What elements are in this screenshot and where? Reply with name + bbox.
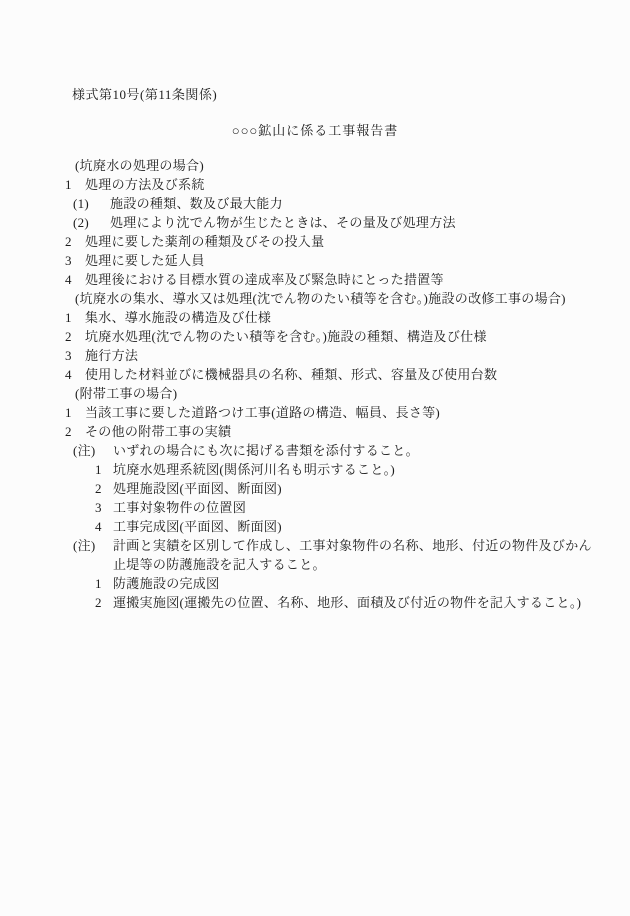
document-line: 2処理に要した薬剤の種類及びその投入量 [0,232,630,251]
document-body: (坑廃水の処理の場合)1処理の方法及び系統(1)施設の種類、数及び最大能力(2)… [0,156,630,612]
document-line: (注)いずれの場合にも次に掲げる書類を添付すること。 [0,441,630,460]
line-number: 4 [95,517,113,536]
line-text: 処理後における目標水質の達成率及び緊急時にとった措置等 [85,272,444,287]
document-line: 4処理後における目標水質の達成率及び緊急時にとった措置等 [0,270,630,289]
line-number: 2 [95,593,113,612]
document-line: (1)施設の種類、数及び最大能力 [0,194,630,213]
line-text: その他の附帯工事の実績 [85,424,231,439]
document-line: 1集水、導水施設の構造及び仕様 [0,308,630,327]
line-number: 4 [65,270,85,289]
document-line: (注)計画と実績を区別して作成し、工事対象物件の名称、地形、付近の物件及びかん [0,536,630,555]
line-text: 防護施設の完成図 [113,576,219,591]
document-line: 3施行方法 [0,346,630,365]
document-line: 止堤等の防護施設を記入すること。 [0,555,630,574]
line-number: 1 [65,308,85,327]
document-line: 3工事対象物件の位置図 [0,498,630,517]
line-number: 2 [65,232,85,251]
line-number: 3 [95,498,113,517]
document-line: 4使用した材料並びに機械器具の名称、種類、形式、容量及び使用台数 [0,365,630,384]
line-text: 処理に要した延人員 [85,253,205,268]
document-line: (坑廃水の処理の場合) [0,156,630,175]
document-line: 2坑廃水処理(沈でん物のたい積等を含む。)施設の種類、構造及び仕様 [0,327,630,346]
line-number: (2) [73,213,110,232]
line-text: 当該工事に要した道路つけ工事(道路の構造、幅員、長さ等) [85,405,440,420]
page-title: ○○○鉱山に係る工事報告書 [0,120,630,139]
line-text: 施行方法 [85,348,138,363]
line-number: 3 [65,346,85,365]
line-number: (注) [73,536,113,555]
document-line: (2)処理により沈でん物が生じたときは、その量及び処理方法 [0,213,630,232]
line-number: (1) [73,194,110,213]
document-line: 2運搬実施図(運搬先の位置、名称、地形、面積及び付近の物件を記入すること。) [0,593,630,612]
line-text: 処理に要した薬剤の種類及びその投入量 [85,234,324,249]
line-text: (附帯工事の場合) [75,386,177,401]
document-line: 2その他の附帯工事の実績 [0,422,630,441]
line-text: 使用した材料並びに機械器具の名称、種類、形式、容量及び使用台数 [85,367,497,382]
line-number: (注) [73,441,113,460]
line-number: 1 [65,403,85,422]
document-line: 1坑廃水処理系統図(関係河川名も明示すること。) [0,460,630,479]
document-line: 1防護施設の完成図 [0,574,630,593]
line-text: 運搬実施図(運搬先の位置、名称、地形、面積及び付近の物件を記入すること。) [113,595,581,610]
line-text: 坑廃水処理系統図(関係河川名も明示すること。) [113,462,395,477]
form-number: 様式第10号(第11条関係) [72,84,217,103]
line-text: 施設の種類、数及び最大能力 [110,196,283,211]
line-number: 2 [65,422,85,441]
line-text: 集水、導水施設の構造及び仕様 [85,310,271,325]
document-page: 様式第10号(第11条関係) ○○○鉱山に係る工事報告書 (坑廃水の処理の場合)… [0,0,630,916]
line-number: 1 [95,460,113,479]
document-line: 3処理に要した延人員 [0,251,630,270]
line-number: 2 [65,327,85,346]
document-line: (坑廃水の集水、導水又は処理(沈でん物のたい積等を含む。)施設の改修工事の場合) [0,289,630,308]
document-line: 2処理施設図(平面図、断面図) [0,479,630,498]
line-text: 工事対象物件の位置図 [113,500,246,515]
document-line: (附帯工事の場合) [0,384,630,403]
line-number: 1 [65,175,85,194]
line-number: 1 [95,574,113,593]
line-number: 4 [65,365,85,384]
line-text: 処理により沈でん物が生じたときは、その量及び処理方法 [110,215,456,230]
line-number: 2 [95,479,113,498]
line-text: 止堤等の防護施設を記入すること。 [113,557,326,572]
line-text: (坑廃水の集水、導水又は処理(沈でん物のたい積等を含む。)施設の改修工事の場合) [75,291,566,306]
line-text: 計画と実績を区別して作成し、工事対象物件の名称、地形、付近の物件及びかん [113,538,592,553]
line-text: 処理施設図(平面図、断面図) [113,481,282,496]
document-line: 1当該工事に要した道路つけ工事(道路の構造、幅員、長さ等) [0,403,630,422]
line-text: 坑廃水処理(沈でん物のたい積等を含む。)施設の種類、構造及び仕様 [85,329,487,344]
line-text: 処理の方法及び系統 [85,177,205,192]
line-text: 工事完成図(平面図、断面図) [113,519,282,534]
document-line: 4工事完成図(平面図、断面図) [0,517,630,536]
line-text: (坑廃水の処理の場合) [75,158,204,173]
document-line: 1処理の方法及び系統 [0,175,630,194]
line-number: 3 [65,251,85,270]
line-text: いずれの場合にも次に掲げる書類を添付すること。 [113,443,419,458]
